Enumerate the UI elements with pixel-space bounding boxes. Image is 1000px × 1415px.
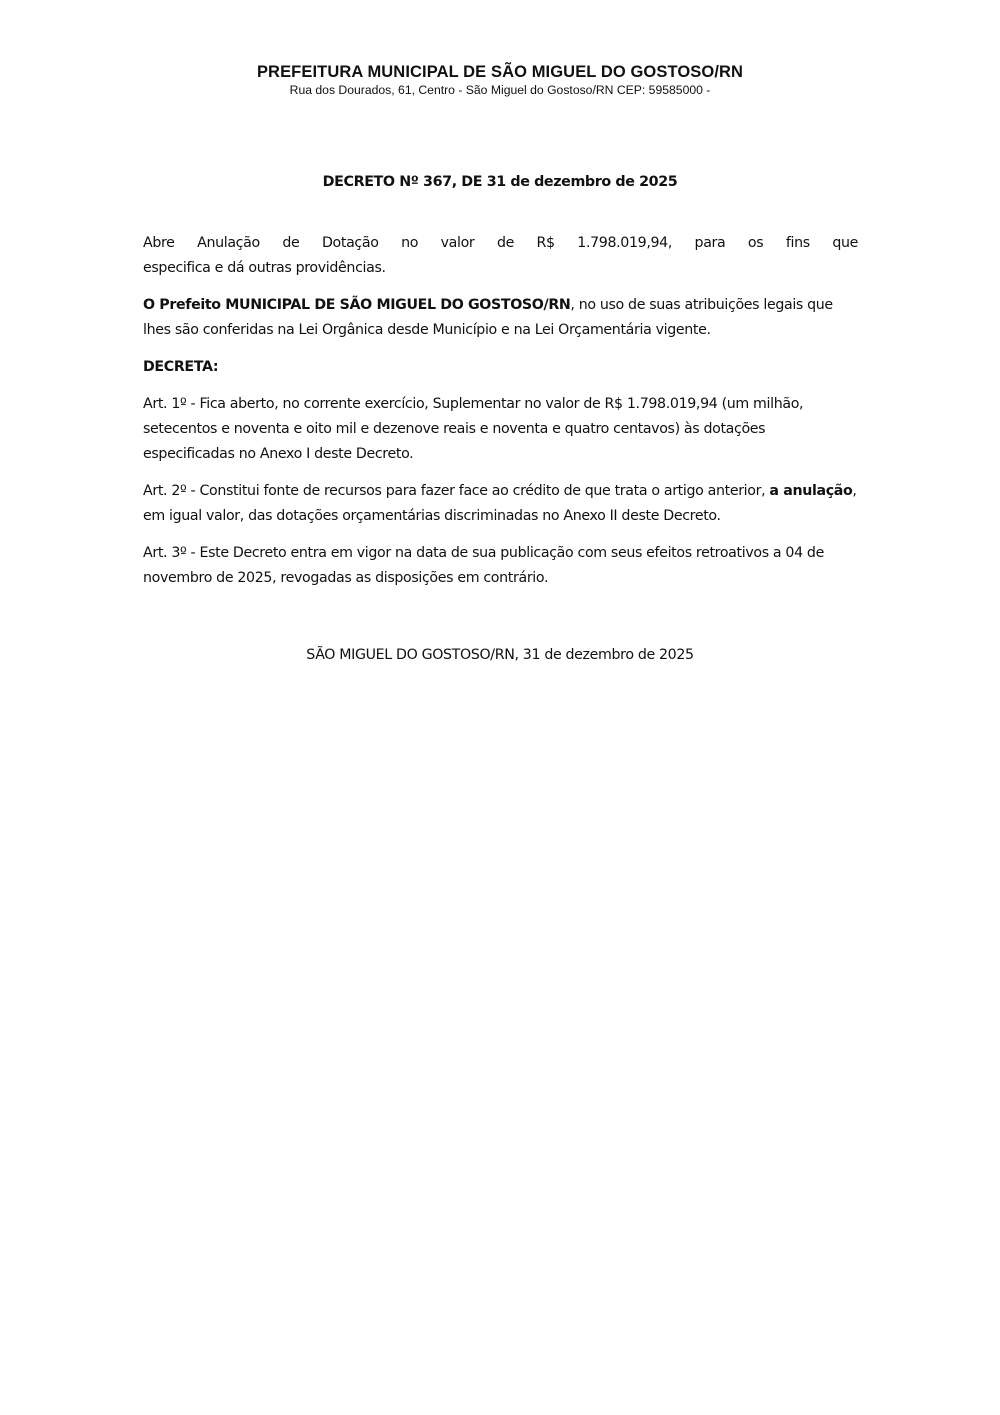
decree-title: DECRETO Nº 367, DE 31 de dezembro de 202…: [0, 171, 1000, 193]
municipality-address: Rua dos Dourados, 61, Centro - São Migue…: [0, 82, 1000, 98]
article-2-text-start: Art. 2º - Constitui fonte de recursos pa…: [143, 483, 769, 499]
decree-summary: Abre Anulação de Dotação no valor de R$ …: [143, 231, 858, 281]
decreta-heading: DECRETA:: [143, 355, 858, 380]
article-2-bold: a anulação: [769, 483, 852, 499]
article-1: Art. 1º - Fica aberto, no corrente exerc…: [143, 392, 858, 467]
document-header: PREFEITURA MUNICIPAL DE SÃO MIGUEL DO GO…: [0, 62, 1000, 98]
article-2: Art. 2º - Constitui fonte de recursos pa…: [143, 479, 858, 529]
municipality-title: PREFEITURA MUNICIPAL DE SÃO MIGUEL DO GO…: [0, 62, 1000, 82]
article-3: Art. 3º - Este Decreto entra em vigor na…: [143, 541, 858, 591]
decree-preamble: O Prefeito MUNICIPAL DE SÃO MIGUEL DO GO…: [143, 293, 858, 343]
preamble-authority: O Prefeito MUNICIPAL DE SÃO MIGUEL DO GO…: [143, 297, 570, 313]
decree-body: Abre Anulação de Dotação no valor de R$ …: [143, 231, 858, 603]
signature-place-date: SÃO MIGUEL DO GOSTOSO/RN, 31 de dezembro…: [0, 644, 1000, 666]
summary-line-2: especifica e dá outras providências.: [143, 256, 858, 281]
summary-line-1: Abre Anulação de Dotação no valor de R$ …: [143, 231, 858, 256]
